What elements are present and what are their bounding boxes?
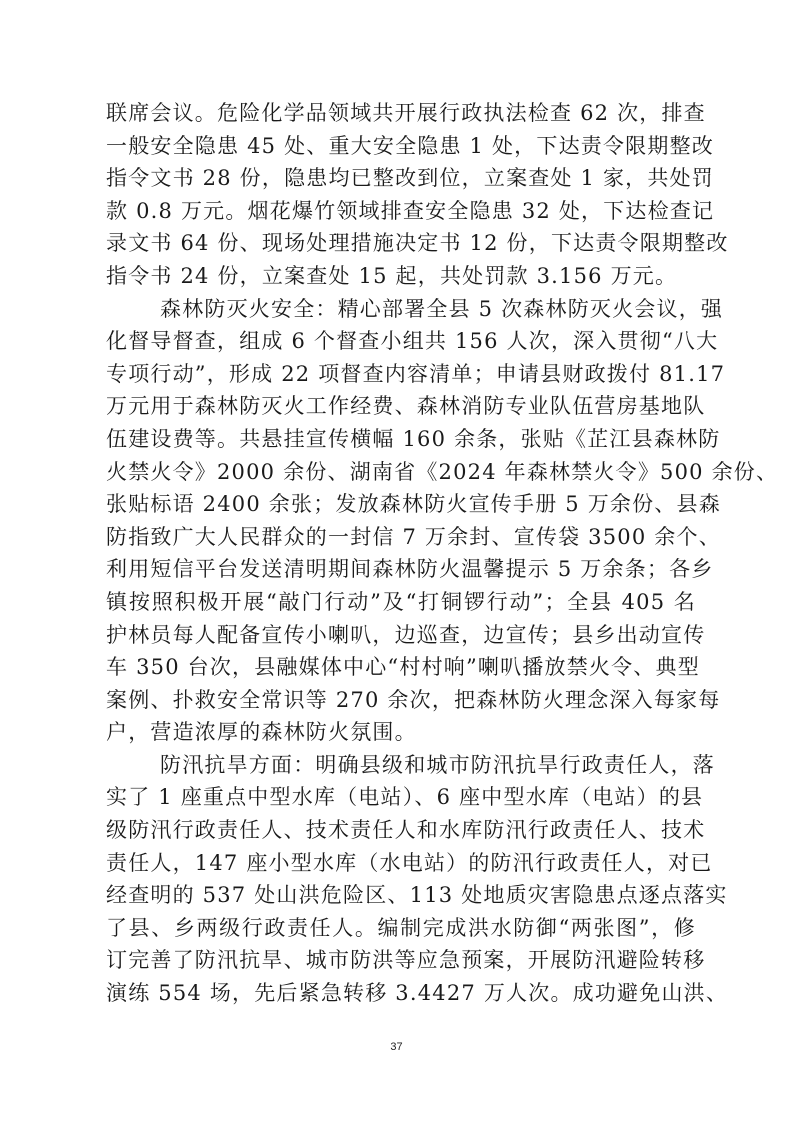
page-number: 37	[0, 1041, 793, 1053]
text-line: 一般安全隐患 45 处、重大安全隐患 1 处，下达责令限期整改	[106, 130, 696, 163]
text-line: 联席会议。危险化学品领域共开展行政执法检查 62 次，排查	[106, 97, 696, 130]
text-line: 护林员每人配备宣传小喇叭，边巡查，边宣传；县乡出动宣传	[106, 619, 696, 652]
text-line: 指令书 24 份，立案查处 15 起，共处罚款 3.156 万元。	[106, 260, 696, 293]
text-line: 演练 554 场，先后紧急转移 3.4427 万人次。成功避免山洪、	[106, 977, 696, 1010]
text-line: 防指致广大人民群众的一封信 7 万余封、宣传袋 3500 余个、	[106, 521, 696, 554]
text-line: 级防汛行政责任人、技术责任人和水库防汛行政责任人、技术	[106, 814, 696, 847]
text-line: 伍建设费等。共悬挂宣传横幅 160 余条，张贴《芷江县森林防	[106, 423, 696, 456]
text-line: 录文书 64 份、现场处理措施决定书 12 份，下达责令限期整改	[106, 227, 696, 260]
text-line: 张贴标语 2400 余张；发放森林防火宣传手册 5 万余份、县森	[106, 488, 696, 521]
text-line: 订完善了防汛抗旱、城市防洪等应急预案，开展防汛避险转移	[106, 944, 696, 977]
text-line: 火禁火令》2000 余份、湖南省《2024 年森林禁火令》500 余份、	[106, 456, 696, 489]
text-line: 案例、扑救安全常识等 270 余次，把森林防火理念深入每家每	[106, 684, 696, 717]
text-line: 款 0.8 万元。烟花爆竹领域排查安全隐患 32 处，下达检查记	[106, 195, 696, 228]
text-line: 专项行动”，形成 22 项督查内容清单；申请县财政拨付 81.17	[106, 358, 696, 391]
text-line: 车 350 台次，县融媒体中心“村村响”喇叭播放禁火令、典型	[106, 651, 696, 684]
text-line: 实了 1 座重点中型水库（电站）、6 座中型水库（电站）的县	[106, 781, 696, 814]
text-line: 化督导督查，组成 6 个督查小组共 156 人次，深入贯彻“八大	[106, 325, 696, 358]
text-line: 经查明的 537 处山洪危险区、113 处地质灾害隐患点逐点落实	[106, 879, 696, 912]
body-text: 联席会议。危险化学品领域共开展行政执法检查 62 次，排查 一般安全隐患 45 …	[106, 97, 696, 1010]
text-line: 责任人，147 座小型水库（水电站）的防汛行政责任人，对已	[106, 847, 696, 880]
text-line: 户，营造浓厚的森林防火氛围。	[106, 716, 696, 749]
paragraph-first-line: 森林防灭火安全：精心部署全县 5 次森林防灭火会议，强	[106, 293, 696, 326]
text-line: 镇按照积极开展“敲门行动”及“打铜锣行动”；全县 405 名	[106, 586, 696, 619]
paragraph-first-line: 防汛抗旱方面：明确县级和城市防汛抗旱行政责任人，落	[106, 749, 696, 782]
document-page: 联席会议。危险化学品领域共开展行政执法检查 62 次，排查 一般安全隐患 45 …	[0, 0, 793, 1122]
text-line: 利用短信平台发送清明期间森林防火温馨提示 5 万余条；各乡	[106, 553, 696, 586]
text-line: 万元用于森林防灭火工作经费、森林消防专业队伍营房基地队	[106, 390, 696, 423]
text-line: 指令文书 28 份，隐患均已整改到位，立案查处 1 家，共处罚	[106, 162, 696, 195]
text-line: 了县、乡两级行政责任人。编制完成洪水防御“两张图”，修	[106, 912, 696, 945]
